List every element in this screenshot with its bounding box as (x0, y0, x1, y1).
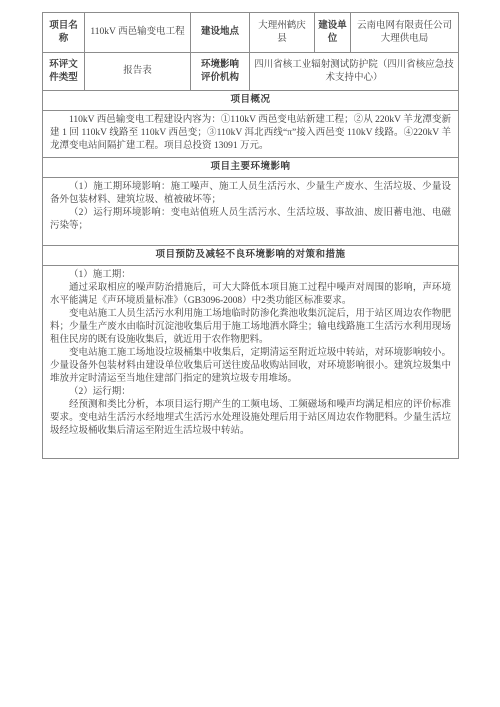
row-impacts-body: （1）施工期环境影响：施工噪声、施工人员生活污水、少量生产废水、生活垃圾、少量设… (43, 178, 459, 246)
agency-label: 环境影响评价机构 (191, 53, 250, 91)
row-impacts-header: 项目主要环境影响 (43, 158, 459, 178)
location-label: 建设地点 (191, 13, 250, 53)
builder-label: 建设单位 (315, 13, 351, 53)
row-measures-body: （1）施工期： 通过采取相应的噪声防治措施后，可大大降低本项目施工过程中噪声对周… (43, 266, 459, 459)
agency-value: 四川省核工业辐射测试防护院（四川省核应急技术支持中心） (250, 53, 459, 91)
impacts-body-cell: （1）施工期环境影响：施工噪声、施工人员生活污水、少量生产废水、生活垃圾、少量设… (43, 178, 459, 246)
project-name-label: 项目名称 (43, 13, 85, 53)
measures-paragraph-wastewater: 变电站施工人员生活污水利用施工场地临时防渗化粪池收集沉淀后，用于站区周边农作物肥… (50, 308, 451, 347)
overview-paragraph: 110kV 西邑输变电工程建设内容为：①110kV 西邑变电站新建工程；②从 2… (50, 114, 451, 153)
document-page: { "header_table": { "project_name_label"… (0, 0, 500, 707)
eia-summary-table: 项目名称 110kV 西邑输变电工程 建设地点 大理州鹤庆县 建设单位 云南电网… (42, 12, 459, 459)
row-project-info: 项目名称 110kV 西邑输变电工程 建设地点 大理州鹤庆县 建设单位 云南电网… (43, 13, 459, 53)
doc-type-label: 环评文件类型 (43, 53, 85, 91)
impacts-paragraph-operation: （2）运行期环境影响：变电站值班人员生活污水、生活垃圾、事故油、废旧蓄电池、电磁… (50, 207, 451, 233)
project-name-value: 110kV 西邑输变电工程 (85, 13, 191, 53)
overview-body-cell: 110kV 西邑输变电工程建设内容为：①110kV 西邑变电站新建工程；②从 2… (43, 111, 459, 158)
measures-section-title: 项目预防及减轻不良环境影响的对策和措施 (43, 246, 459, 266)
row-overview-body: 110kV 西邑输变电工程建设内容为：①110kV 西邑变电站新建工程；②从 2… (43, 111, 459, 158)
impacts-paragraph-construction: （1）施工期环境影响：施工噪声、施工人员生活污水、少量生产废水、生活垃圾、少量设… (50, 181, 451, 207)
measures-paragraph-operation-detail: 经预测和类比分析，本项目运行期产生的工频电场、工频磁场和噪声均满足相应的评价标准… (50, 399, 451, 438)
measures-paragraph-noise: 通过采取相应的噪声防治措施后，可大大降低本项目施工过程中噪声对周围的影响，声环境… (50, 282, 451, 308)
measures-paragraph-waste: 变电站施工施工场地设垃圾桶集中收集后，定期清运至附近垃圾中转站，对环境影响较小。… (50, 347, 451, 386)
location-value: 大理州鹤庆县 (250, 13, 315, 53)
doc-type-value: 报告表 (85, 53, 191, 91)
row-doc-info: 环评文件类型 报告表 环境影响评价机构 四川省核工业辐射测试防护院（四川省核应急… (43, 53, 459, 91)
builder-value: 云南电网有限责任公司大理供电局 (351, 13, 459, 53)
measures-paragraph-construction-heading: （1）施工期： (50, 269, 451, 282)
overview-section-title: 项目概况 (43, 91, 459, 111)
measures-body-cell: （1）施工期： 通过采取相应的噪声防治措施后，可大大降低本项目施工过程中噪声对周… (43, 266, 459, 459)
row-overview-header: 项目概况 (43, 91, 459, 111)
measures-paragraph-operation-heading: （2）运行期： (50, 386, 451, 399)
impacts-section-title: 项目主要环境影响 (43, 158, 459, 178)
row-measures-header: 项目预防及减轻不良环境影响的对策和措施 (43, 246, 459, 266)
